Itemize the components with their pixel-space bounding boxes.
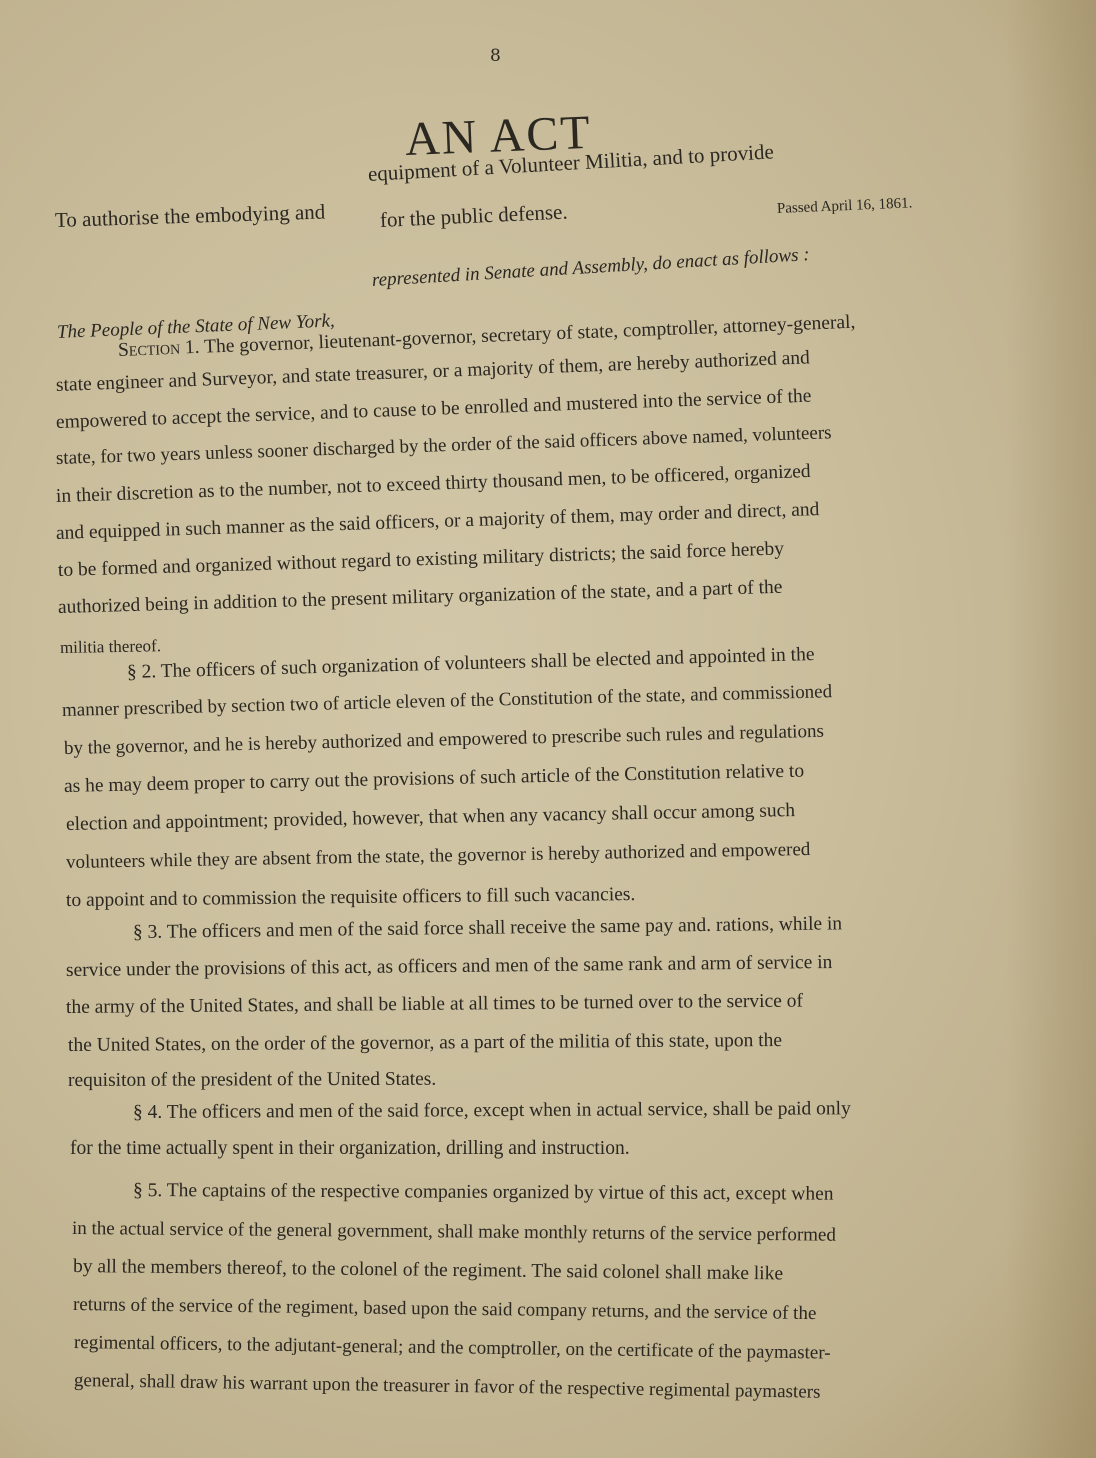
section-2-line-7: to appoint and to commission the requisi… [66,884,636,912]
section-1-line-5: in their discretion as to the number, no… [56,461,811,508]
section-3-line-1: § 3. The officers and men of the said fo… [133,913,842,944]
section-5-line-5: regimental officers, to the adjutant-gen… [74,1332,831,1365]
section-3-line-2: service under the provisions of this act… [66,952,833,982]
section-5-line-6: general, shall draw his warrant upon the… [74,1370,821,1404]
section-2-line-1: § 2. The officers of such organization o… [127,644,815,684]
section-1-line-6: and equipped in such manner as the said … [56,499,820,545]
page-number: 8 [490,46,501,66]
section-1-line-9: militia thereof. [60,636,161,658]
section-2-line-6: volunteers while they are absent from th… [66,839,811,874]
section-5-line-4: returns of the service of the regiment, … [73,1294,817,1325]
section-2-line-3: by the governor, and he is hereby author… [64,721,824,760]
section-2-label: § 2. [127,661,157,683]
section-1-line-8: authorized being in addition to the pres… [58,577,783,619]
page-edge-shadow [1006,0,1096,1458]
section-4-line-1: § 4. The officers and men of the said fo… [133,1098,851,1124]
section-1-label: Section 1. [118,337,200,361]
section-5-line-2: in the actual service of the general gov… [72,1218,836,1247]
section-4-label: § 4. [133,1102,162,1123]
section-3-line-4: the United States, on the order of the g… [68,1030,782,1057]
section-2-line-2: manner prescribed by section two of arti… [62,681,833,722]
section-1-line-7: to be formed and organized without regar… [58,538,785,582]
section-5-label: § 5. [133,1180,162,1201]
section-3-line-5: requisiton of the president of the Unite… [68,1069,436,1092]
section-2-line-5: election and appointment; provided, howe… [66,800,795,836]
section-3-label: § 3. [133,922,163,943]
section-5-line-1: § 5. The captains of the respective comp… [133,1180,834,1206]
subtitle-line-1a: To authorise the embodying and [55,200,326,233]
section-5-line-3: by all the members thereof, to the colon… [73,1256,783,1285]
subtitle-line-2: for the public defense. [379,199,568,232]
passed-date: Passed April 16, 1861. [777,195,913,218]
enacting-clause-b: represented in Senate and Assembly, do e… [371,244,810,292]
section-3-line-3: the army of the United States, and shall… [66,991,803,1019]
section-4-line-2: for the time actually spent in their org… [70,1138,630,1160]
section-2-line-4: as he may deem proper to carry out the p… [64,760,805,797]
